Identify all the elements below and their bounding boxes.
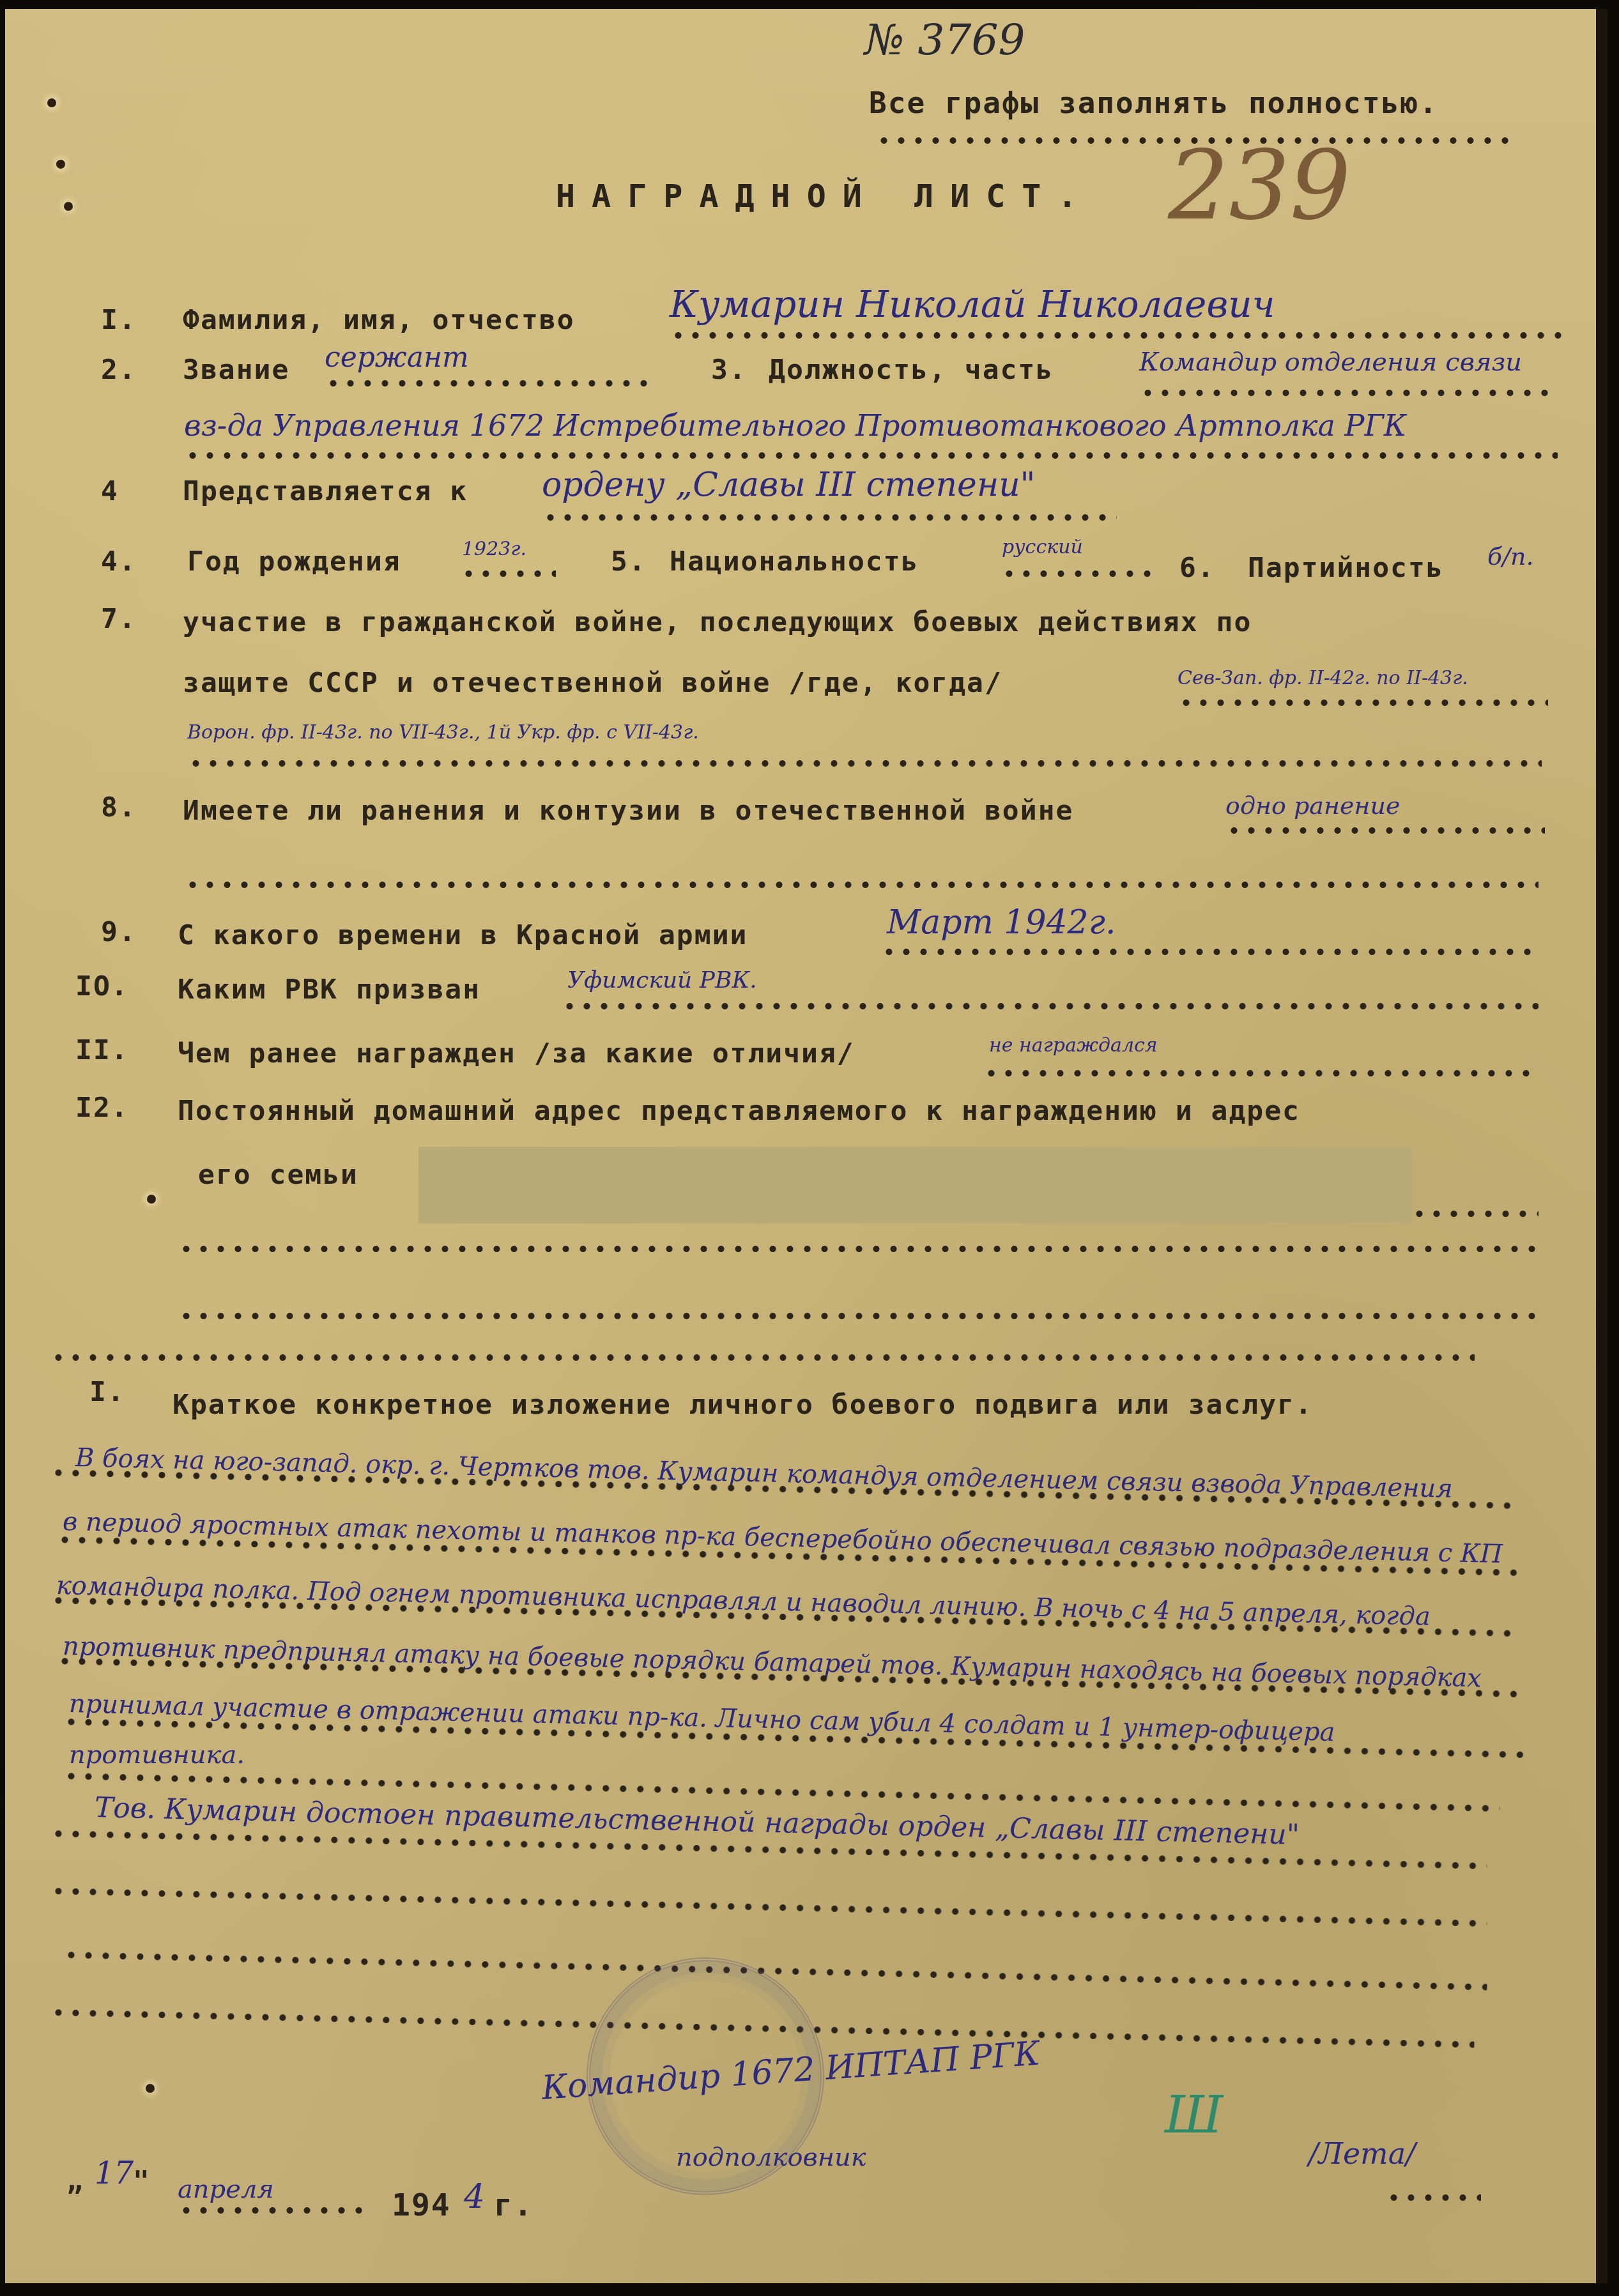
field-award-dots — [542, 514, 1117, 521]
field-9-value: Март 1942г. — [887, 903, 1116, 942]
punch-hole — [47, 98, 56, 107]
date-year-suffix: 4 — [464, 2178, 485, 2216]
blank-dots-1 — [50, 1887, 1487, 1927]
date-month: апреля — [178, 2175, 274, 2204]
date-year-unit: г. — [494, 2187, 533, 2223]
field-3-value-line2: вз-да Управления 1672 Истребительного Пр… — [184, 408, 1406, 443]
field-3-value: Командир отделения связи — [1139, 348, 1522, 377]
field-12-dots-3 — [178, 1312, 1538, 1320]
field-9-label: С какого времени в Красной армии — [178, 919, 748, 951]
field-2-dots — [325, 379, 657, 387]
punch-hole — [147, 1195, 156, 1204]
date-close-quote: " — [133, 2165, 151, 2197]
field-award-num: 4 — [101, 475, 158, 507]
field-nationality-label: Национальность — [670, 546, 919, 578]
field-10-num: IO. — [75, 970, 133, 1002]
date-year-prefix: 194 — [392, 2187, 451, 2223]
field-7-label-line2: защите СССР и отечественной войне /где, … — [183, 667, 1002, 699]
field-8-value: одно ранение — [1225, 792, 1400, 820]
archive-number: № 3769 — [864, 15, 1025, 65]
field-award-label: Представляется к — [183, 475, 468, 507]
field-1-value: Кумарин Николай Николаевич — [670, 282, 1275, 326]
field-3-dots-line2 — [184, 452, 1558, 459]
field-12-label: Постоянный домашний адрес представляемог… — [178, 1095, 1300, 1127]
pencil-mark: 239 — [1168, 130, 1351, 241]
field-3-num: 3. — [711, 354, 747, 386]
section-num: I. — [89, 1376, 147, 1408]
field-8-dots — [1225, 827, 1545, 834]
field-party-label: Партийность — [1248, 552, 1444, 584]
instruction-text: Все графы заполнять полностью. — [869, 86, 1438, 120]
field-7-label: участие в гражданской войне, последующих… — [183, 606, 1252, 638]
field-7-dots-line2 — [187, 760, 1542, 767]
field-8-dots-line2 — [184, 881, 1538, 889]
field-3-label: Должность, часть — [769, 354, 1054, 386]
field-award-value: ордену „Славы III степени" — [542, 466, 1036, 504]
field-7-num: 7. — [101, 603, 158, 635]
field-12-num: I2. — [75, 1092, 133, 1124]
award-sheet: № 3769 Все графы заполнять полностью. НА… — [5, 9, 1607, 2283]
field-12-label-line2: его семьи — [198, 1159, 358, 1191]
signature-scribble: Ш — [1165, 2085, 1223, 2145]
punch-hole — [146, 2084, 155, 2093]
field-7-value-line2: Ворон. фр. II-43г. по VII-43г., 1й Укр. … — [187, 721, 699, 744]
section-divider — [50, 1354, 1475, 1361]
field-11-dots — [983, 1069, 1538, 1077]
field-8-label: Имеете ли ранения и контузии в отечестве… — [183, 795, 1073, 827]
field-party-num: 6. — [1179, 552, 1215, 584]
signature-dots — [1385, 2194, 1481, 2201]
field-nationality-dots — [1001, 570, 1154, 578]
field-2-value: сержант — [325, 341, 469, 374]
redacted-address — [418, 1147, 1412, 1223]
field-11-num: II. — [75, 1034, 133, 1066]
field-8-num: 8. — [101, 792, 158, 823]
punch-hole — [64, 202, 73, 211]
signatory-name: /Лета/ — [1308, 2136, 1416, 2171]
field-birth-value: 1923г. — [462, 538, 526, 560]
field-10-label: Каким РВК призван — [178, 974, 480, 1006]
field-7-value: Сев-Зап. фр. II-42г. по II-43г. — [1178, 667, 1468, 689]
field-7-dots — [1178, 699, 1548, 707]
field-birth-label: Год рождения — [187, 546, 401, 578]
field-1-num: I. — [101, 304, 158, 336]
field-nationality-num: 5. — [611, 546, 647, 578]
field-10-dots — [561, 1002, 1538, 1010]
field-10-value: Уфимский РВК. — [567, 967, 757, 993]
field-11-value: не награждался — [989, 1034, 1158, 1057]
field-party-value: б/п. — [1487, 542, 1534, 570]
field-1-label: Фамилия, имя, отчество — [183, 304, 575, 336]
page-title: НАГРАДНОЙ ЛИСТ. — [556, 178, 1094, 215]
date-open-quote: „ — [66, 2165, 84, 2197]
field-9-dots — [880, 948, 1538, 956]
narrative-line-6: противника. — [69, 1740, 245, 1770]
field-12-dots-2 — [178, 1245, 1538, 1253]
field-2-num: 2. — [101, 354, 158, 386]
date-day: 17 — [95, 2155, 134, 2191]
field-9-num: 9. — [101, 916, 158, 948]
field-birth-dots — [460, 570, 556, 578]
field-birth-num: 4. — [101, 546, 158, 578]
field-2-label: Звание — [183, 354, 289, 386]
signatory-rank: подполковник — [676, 2143, 866, 2172]
field-nationality-value: русский — [1002, 536, 1083, 558]
field-3-dots — [1139, 389, 1548, 397]
field-11-label: Чем ранее награжден /за какие отличия/ — [178, 1037, 855, 1069]
punch-hole — [56, 160, 65, 169]
field-12-dots-1 — [1411, 1210, 1538, 1218]
date-dots — [178, 2207, 363, 2214]
section-heading: Краткое конкретное изложение личного бое… — [173, 1389, 1313, 1421]
field-1-dots — [670, 332, 1564, 339]
